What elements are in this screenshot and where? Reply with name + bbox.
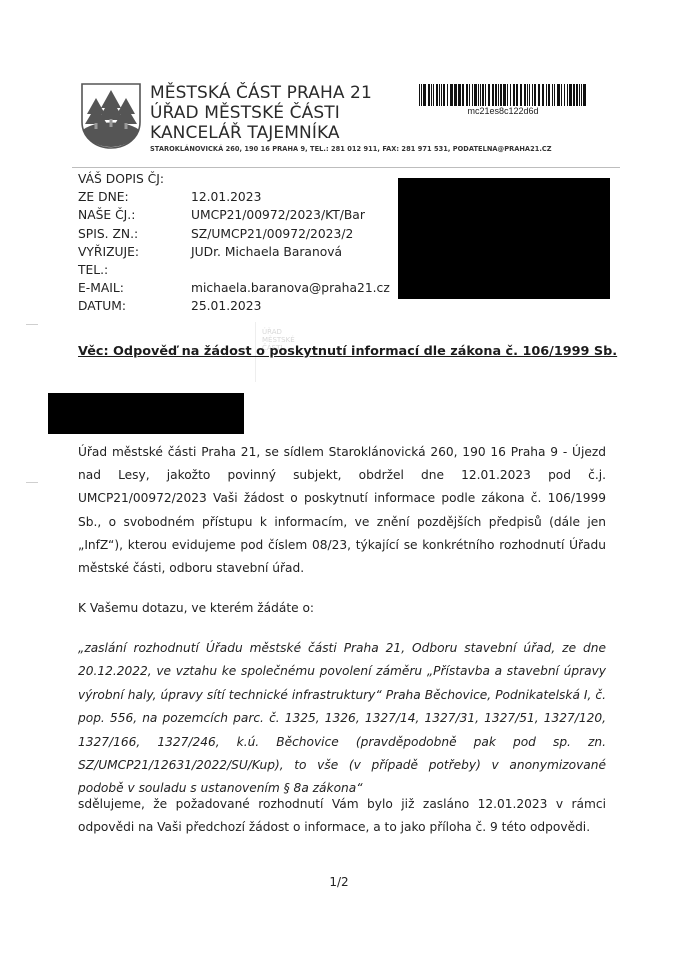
body-paragraph-response: sdělujeme, že požadované rozhodnutí Vám … [78,793,606,839]
margin-mark [26,482,38,483]
subject-line: Věc: Odpověď na žádost o poskytnutí info… [78,344,617,359]
barcode-icon [419,84,587,106]
reference-value: 12.01.2023 [191,190,261,205]
barcode-text: mc21es8c122d6d [419,106,587,116]
coat-of-arms-icon [80,82,142,150]
reference-label: VYŘIZUJE: [78,245,139,260]
reference-value: 25.01.2023 [191,299,261,314]
org-name-line-3: KANCELÁŘ TAJEMNÍKA [150,124,340,143]
reference-label: DATUM: [78,299,126,314]
header-divider [72,167,620,168]
reference-label: E-MAIL: [78,281,124,296]
org-name-line-2: ÚŘAD MĚSTSKÉ ČÁSTI [150,104,340,123]
reference-label: VÁŠ DOPIS ČJ: [78,172,164,187]
reference-label: TEL.: [78,263,108,278]
reference-value: JUDr. Michaela Baranová [191,245,342,260]
reference-value: michaela.baranova@praha21.cz [191,281,390,296]
body-paragraph-request-lead: K Vašemu dotazu, ve kterém žádáte o: [78,597,606,620]
body-quoted-request: „zaslání rozhodnutí Úřadu městské části … [78,637,606,801]
reference-value: SZ/UMCP21/00972/2023/2 [191,227,353,242]
redaction-recipient-address [398,178,610,299]
redaction-recipient-name [48,393,244,434]
margin-mark [26,324,38,325]
reference-label: ZE DNE: [78,190,129,205]
org-address: STAROKLÁNOVICKÁ 260, 190 16 PRAHA 9, TEL… [150,145,552,153]
reference-value: UMCP21/00972/2023/KT/Bar [191,208,365,223]
body-paragraph-intro: Úřad městské části Praha 21, se sídlem S… [78,441,606,580]
reference-label: SPIS. ZN.: [78,227,138,242]
org-name-line-1: MĚSTSKÁ ČÁST PRAHA 21 [150,84,372,103]
reference-label: NAŠE ČJ.: [78,208,135,223]
page-number: 1/2 [0,875,678,889]
